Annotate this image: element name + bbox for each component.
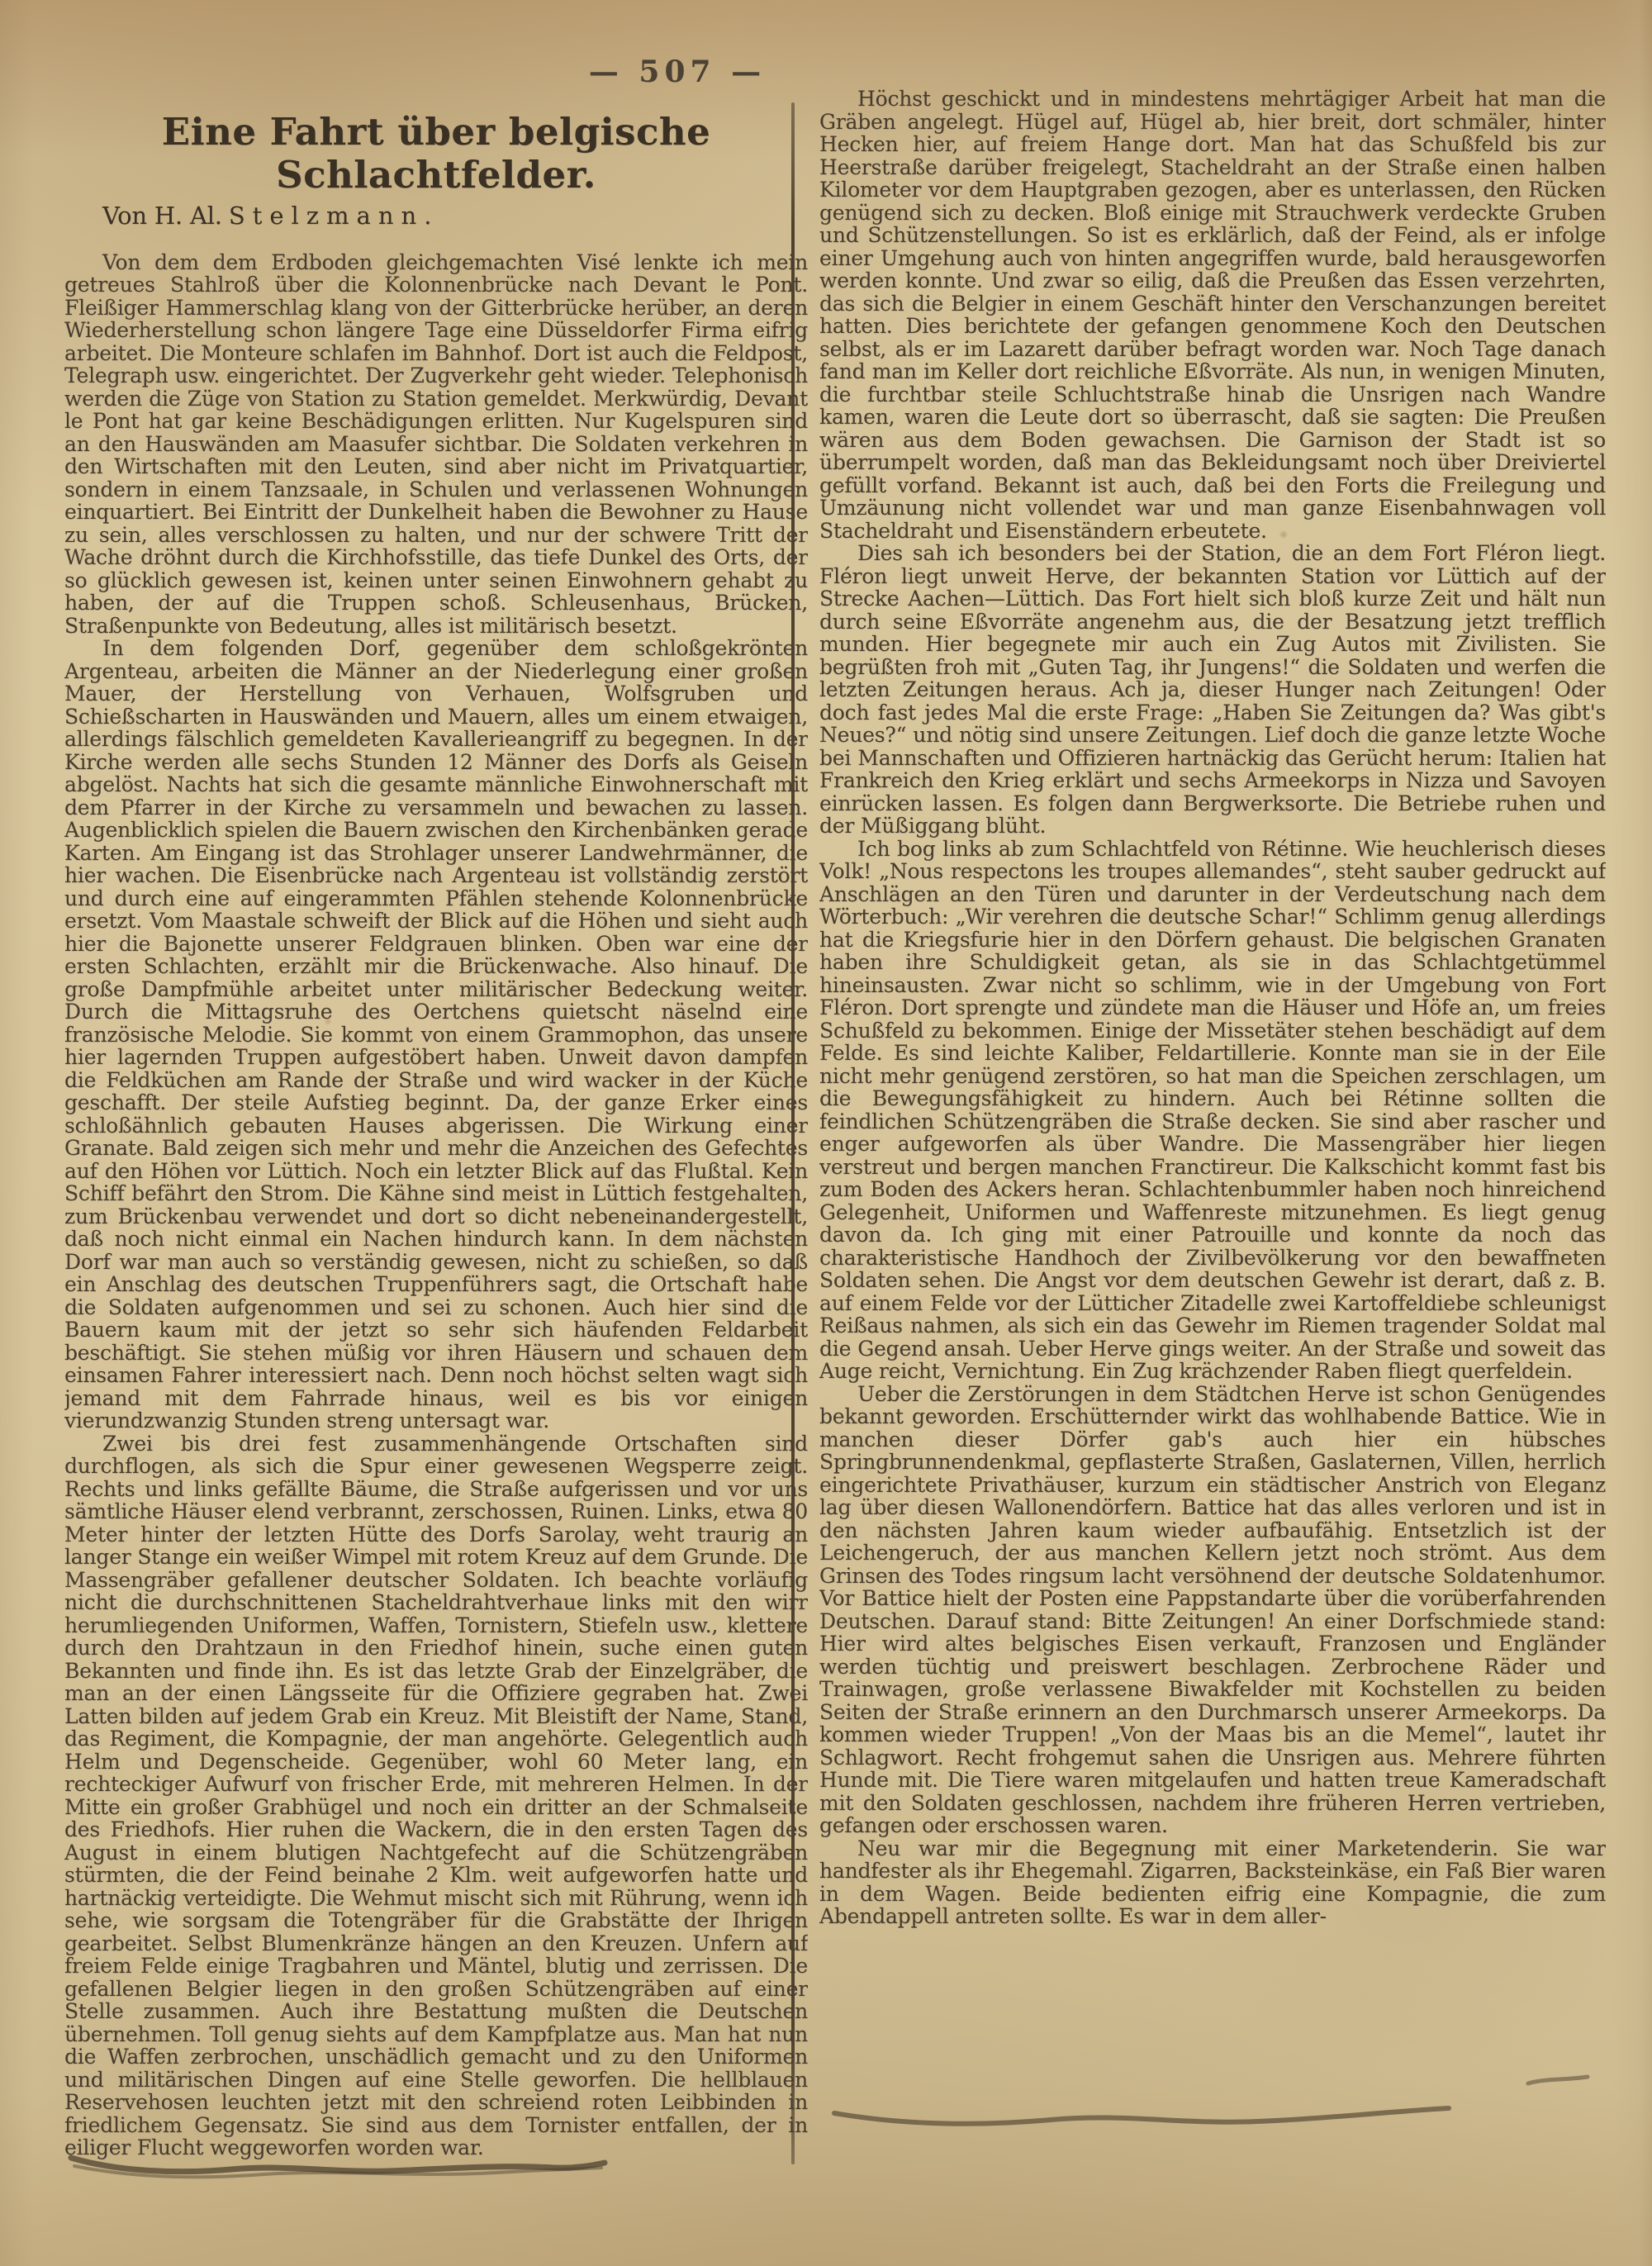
paragraph: In dem folgenden Dorf, gegenüber dem sch… [64, 637, 808, 1432]
article-byline: Von H. Al.Stelzmann. [64, 205, 808, 228]
page-number: — 507 — [578, 55, 776, 89]
byline-prefix: Von H. Al. [102, 202, 222, 230]
byline-author-name: Stelzmann. [229, 202, 439, 230]
paragraph: Von dem dem Erdboden gleichgemachten Vis… [64, 251, 808, 638]
paragraph: Dies sah ich besonders bei der Station, … [819, 542, 1606, 838]
article-title: Eine Fahrt über belgische Schlachtfelder… [64, 111, 808, 197]
paragraph: Zwei bis drei fest zusammenhängende Orts… [64, 1432, 808, 2159]
paragraph: Höchst geschickt und in mindestens mehrt… [819, 88, 1606, 542]
paragraph: Neu war mir die Begegnung mit einer Mark… [819, 1837, 1606, 1928]
paragraph: Ich bog links ab zum Schlachtfeld von Ré… [819, 838, 1606, 1383]
scanned-newspaper-page: { "colors":{ "paper":"#d5c298", "paper-d… [0, 0, 1652, 2266]
paragraph: Ueber die Zerstörungen in dem Städtchen … [819, 1383, 1606, 1837]
left-column: Eine Fahrt über belgische Schlachtfelder… [64, 106, 808, 2184]
right-column: Höchst geschickt und in mindestens mehrt… [819, 88, 1606, 2135]
